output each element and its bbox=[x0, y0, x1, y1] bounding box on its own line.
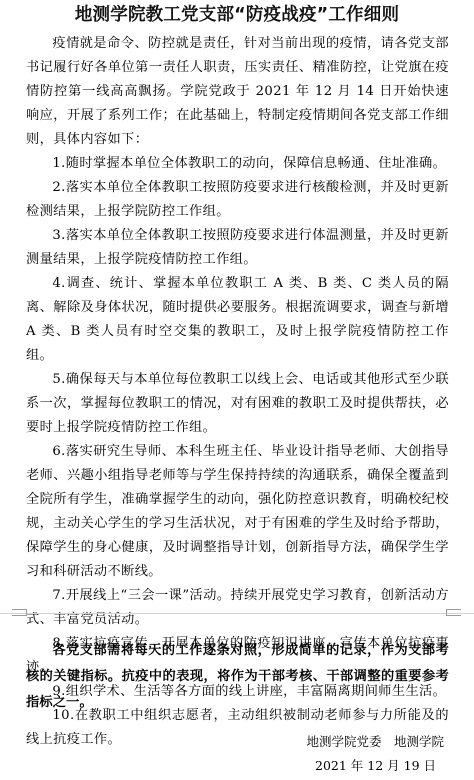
list-item: 4.调查、统计、掌握本单位教职工 A 类、B 类、C 类人员的隔离、解除及身体状… bbox=[26, 272, 449, 368]
intro-paragraph: 疫情就是命令、防控就是责任，针对当前出现的疫情，请各党支部书记履行好各单位第一责… bbox=[26, 32, 449, 152]
closing-text: 各党支部需将每天的工作逐条对照，形成简单的记录，作为支部考核的关键指标。抗疫中的… bbox=[26, 638, 449, 716]
list-item: 2.落实本单位全体教职工按照防疫要求进行核酸检测，并及时更新检测结果，上报学院防… bbox=[26, 176, 449, 224]
list-item: 5.确保每天与本单位每位教职工以线上会、电话或其他形式至少联系一次，掌握每位教职… bbox=[26, 368, 449, 440]
signature-block: 地测学院党委 地测学院 2021 年 12 月 19 日 bbox=[306, 730, 444, 778]
list-item: 7.开展线上“三会一课”活动。持续开展党史学习教育，创新活动方式、丰富党员活动。 bbox=[26, 584, 449, 632]
signature-date: 2021 年 12 月 19 日 bbox=[306, 754, 444, 778]
page-corner-mark-right bbox=[446, 609, 461, 616]
document-page: 地测学院教工党支部“防疫战疫”工作细则 疫情就是命令、防控就是责任，针对当前出现… bbox=[0, 0, 474, 780]
document-title: 地测学院教工党支部“防疫战疫”工作细则 bbox=[0, 2, 474, 28]
list-item: 1.随时掌握本单位全体教职工的动向，保障信息畅通、住址准确。 bbox=[26, 152, 449, 176]
page-corner-mark-left bbox=[12, 609, 27, 616]
list-item: 3.落实本单位全体教职工按照防疫要求进行体温测量，并及时更新测量结果，上报学院疫… bbox=[26, 224, 449, 272]
list-item: 6.落实研究生导师、本科生班主任、毕业设计指导老师、大创指导老师、兴趣小组指导老… bbox=[26, 440, 449, 584]
signature-orgs: 地测学院党委 地测学院 bbox=[306, 730, 444, 754]
page-break-divider bbox=[0, 613, 474, 614]
closing-paragraph: 各党支部需将每天的工作逐条对照，形成简单的记录，作为支部考核的关键指标。抗疫中的… bbox=[26, 638, 449, 716]
